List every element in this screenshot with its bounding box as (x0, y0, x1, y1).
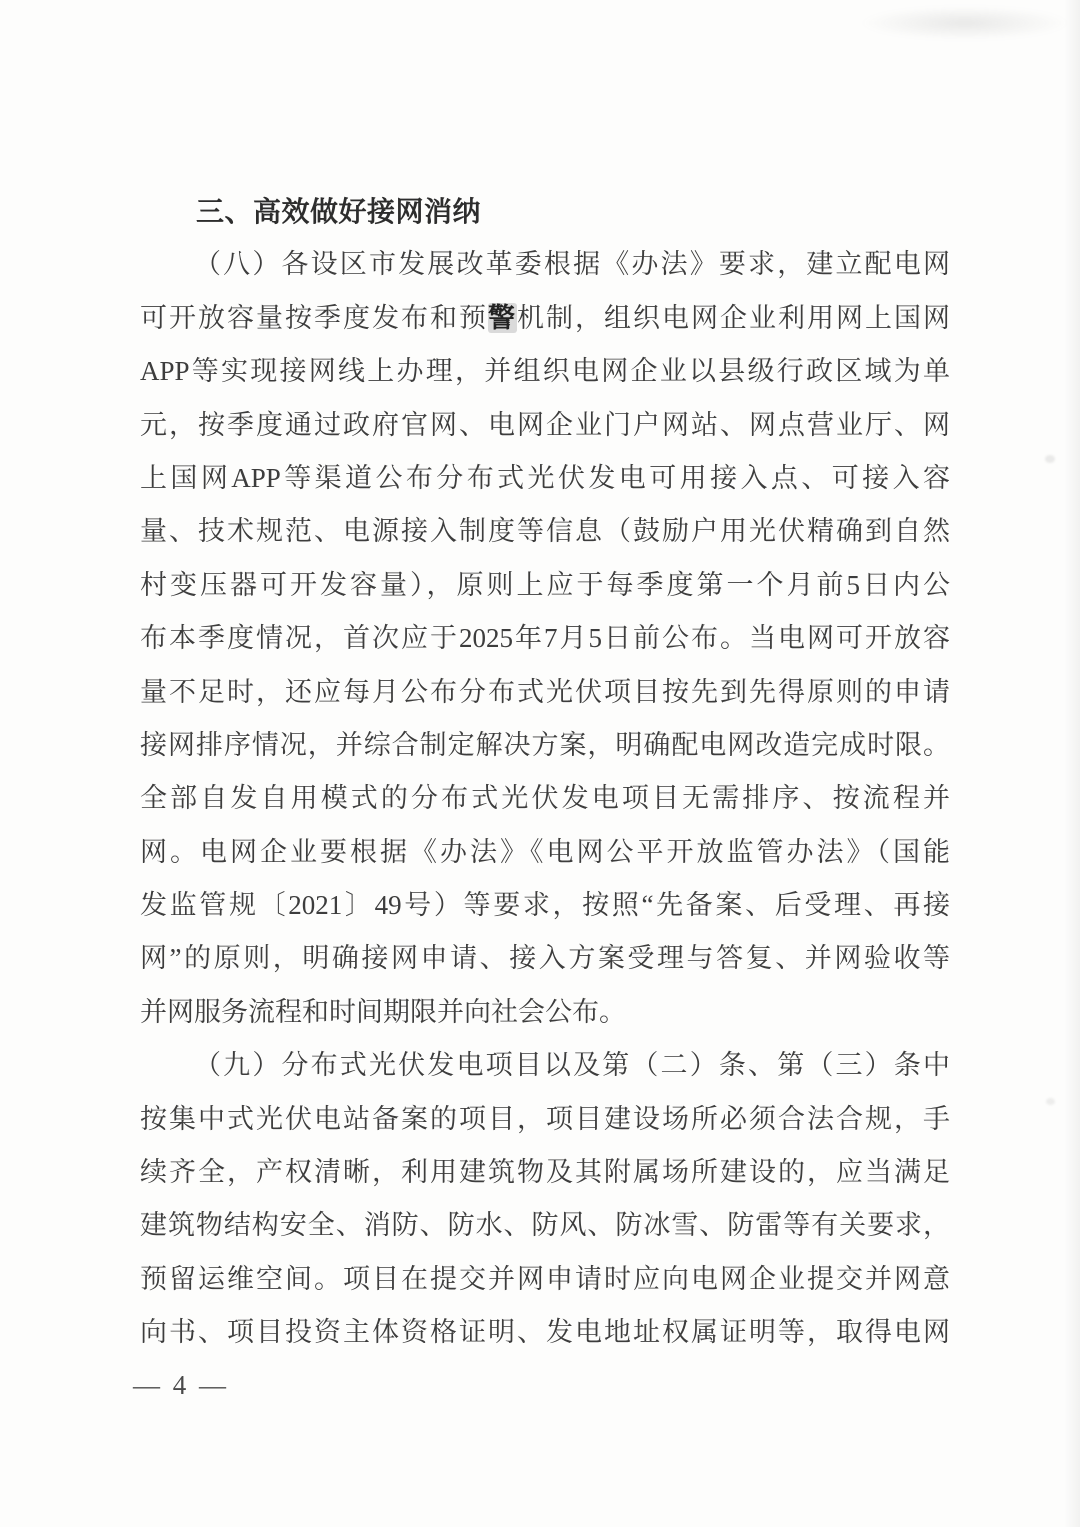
text-line: 续齐全，产权清晰，利用建筑物及其附属场所建设的，应当满足 (140, 1146, 950, 1199)
text-line: 接网排序情况，并综合制定解决方案，明确配电网改造完成时限。 (140, 719, 950, 772)
text-line: 建筑物结构安全、消防、防水、防风、防冰雪、防雷等有关要求， (140, 1199, 950, 1252)
scan-smudge (860, 6, 1070, 40)
text-line: 网。电网企业要根据《办法》《电网公平开放监管办法》（国能 (140, 826, 950, 879)
text-line: APP等实现接网线上办理，并组织电网企业以县级行政区域为单 (140, 345, 950, 398)
text-line: 发监管规〔2021〕49号）等要求，按照“先备案、后受理、再接 (140, 879, 950, 932)
text-line: 量、技术规范、电源接入制度等信息（鼓励户用光伏精确到自然 (140, 505, 950, 558)
text-line: 上国网APP等渠道公布分布式光伏发电可用接入点、可接入容 (140, 452, 950, 505)
text-line: 布本季度情况，首次应于2025年7月5日前公布。当电网可开放容 (140, 612, 950, 665)
section-heading: 三、高效做好接网消纳 (140, 185, 950, 238)
page-number: — 4 — (133, 1370, 229, 1401)
text-line: 网”的原则，明确接网申请、接入方案受理与答复、并网验收等 (140, 932, 950, 985)
text-line: 并网服务流程和时间期限并向社会公布。 (140, 986, 950, 1039)
text-line: 全部自发自用模式的分布式光伏发电项目无需排序、按流程并 (140, 772, 950, 825)
text-line: 预留运维空间。项目在提交并网申请时应向电网企业提交并网意 (140, 1253, 950, 1306)
text-line: 按集中式光伏电站备案的项目，项目建设场所必须合法合规，手 (140, 1093, 950, 1146)
document-page: 三、高效做好接网消纳 （八）各设区市发展改革委根据《办法》要求，建立配电网可开放… (140, 185, 950, 1360)
ink-smudge: 警 (488, 303, 517, 333)
scan-edge-shadow (1064, 0, 1080, 1527)
text-line: 元，按季度通过政府官网、电网企业门户网站、网点营业厅、网 (140, 399, 950, 452)
scan-speck (1046, 1098, 1055, 1105)
text-line: 向书、项目投资主体资格证明、发电地址权属证明等，取得电网 (140, 1306, 950, 1359)
text-line: 可开放容量按季度发布和预警机制，组织电网企业利用网上国网 (140, 292, 950, 345)
body-lines: （八）各设区市发展改革委根据《办法》要求，建立配电网可开放容量按季度发布和预警机… (140, 238, 950, 1359)
text-line: （八）各设区市发展改革委根据《办法》要求，建立配电网 (140, 238, 950, 291)
text-line: 量不足时，还应每月公布分布式光伏项目按先到先得原则的申请 (140, 666, 950, 719)
scan-speck (1045, 455, 1055, 463)
text-line: 村变压器可开发容量），原则上应于每季度第一个月前5日内公 (140, 559, 950, 612)
text-line: （九）分布式光伏发电项目以及第（二）条、第（三）条中 (140, 1039, 950, 1092)
